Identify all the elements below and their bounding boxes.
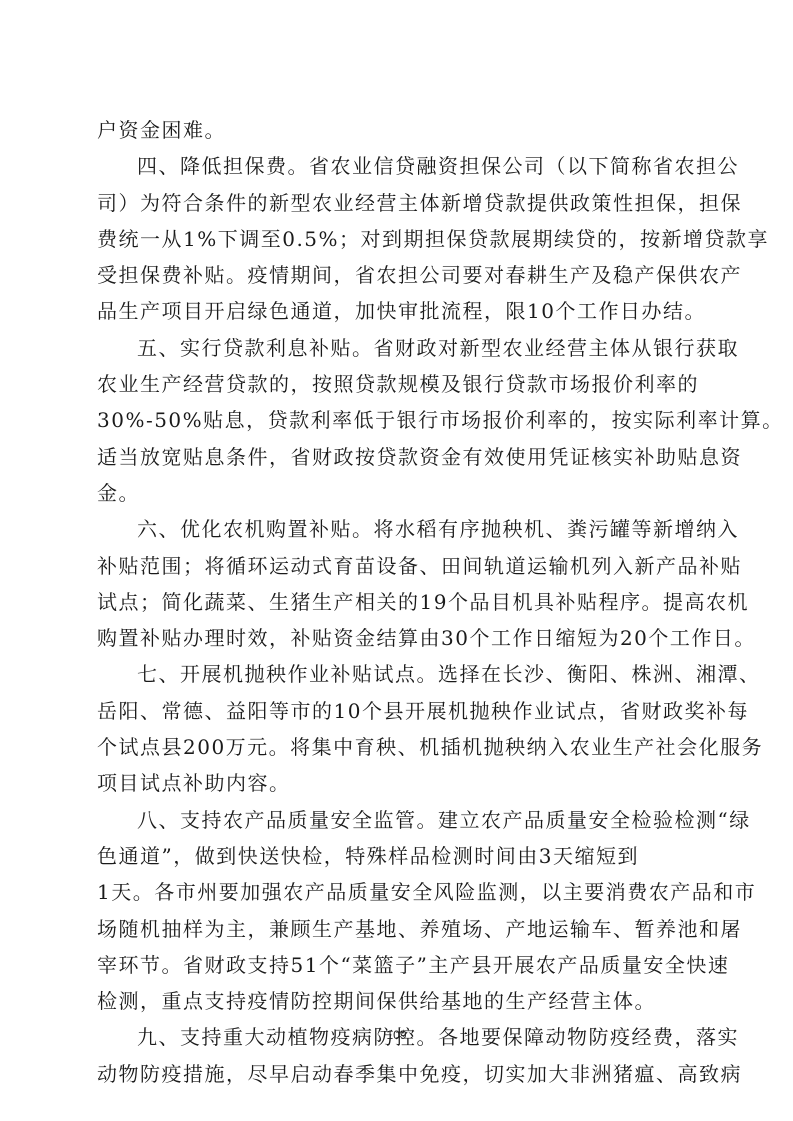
paragraph-section-6: 六、优化农机购置补贴。将水稻有序抛秧机、粪污罐等新增纳入 补贴范围；将循环运动式… [97, 511, 698, 656]
paragraph-continuation: 户资金困难。 [97, 112, 698, 148]
text-line: 受担保费补贴。疫情期间，省农担公司要对春耕生产及稳产保供农产 [97, 257, 698, 293]
text-line: 检测，重点支持疫情防控期间保供给基地的生产经营主体。 [97, 983, 698, 1019]
page-number: 109 [0, 1028, 793, 1042]
text-line: 五、实行贷款利息补贴。省财政对新型农业经营主体从银行获取 [97, 330, 698, 366]
text-line: 品生产项目开启绿色通道，加快审批流程，限10个工作日办结。 [97, 293, 698, 329]
text-line: 六、优化农机购置补贴。将水稻有序抛秧机、粪污罐等新增纳入 [97, 511, 698, 547]
text-line: 购置补贴办理时效，补贴资金结算由30个工作日缩短为20个工作日。 [97, 620, 698, 656]
text-line: 补贴范围；将循环运动式育苗设备、田间轨道运输机列入新产品补贴 [97, 548, 698, 584]
text-line: 四、降低担保费。省农业信贷融资担保公司（以下简称省农担公 [97, 148, 698, 184]
text-line: 动物防疫措施，尽早启动春季集中免疫，切实加大非洲猪瘟、高致病 [97, 1056, 698, 1092]
text-line: 岳阳、常德、益阳等市的10个县开展机抛秧作业试点，省财政奖补每 [97, 693, 698, 729]
paragraph-section-7: 七、开展机抛秧作业补贴试点。选择在长沙、衡阳、株洲、湘潭、 岳阳、常德、益阳等市… [97, 656, 698, 801]
text-line: 30%-50%贴息，贷款利率低于银行市场报价利率的，按实际利率计算。 [97, 402, 698, 438]
text-line: 户资金困难。 [97, 112, 698, 148]
text-line: 项目试点补助内容。 [97, 765, 698, 801]
text-line: 试点；简化蔬菜、生猪生产相关的19个品目机具补贴程序。提高农机 [97, 584, 698, 620]
text-line: 司）为符合条件的新型农业经营主体新增贷款提供政策性担保，担保 [97, 185, 698, 221]
paragraph-section-5: 五、实行贷款利息补贴。省财政对新型农业经营主体从银行获取 农业生产经营贷款的，按… [97, 330, 698, 511]
paragraph-section-4: 四、降低担保费。省农业信贷融资担保公司（以下简称省农担公 司）为符合条件的新型农… [97, 148, 698, 329]
paragraph-section-8: 八、支持农产品质量安全监管。建立农产品质量安全检验检测“绿 色通道”，做到快送快… [97, 802, 698, 1020]
text-line: 金。 [97, 475, 698, 511]
text-line: 色通道”，做到快送快检，特殊样品检测时间由3天缩短到 [97, 838, 698, 874]
text-line: 费统一从1%下调至0.5%；对到期担保贷款展期续贷的，按新增贷款享 [97, 221, 698, 257]
text-line: 适当放宽贴息条件，省财政按贷款资金有效使用凭证核实补助贴息资 [97, 439, 698, 475]
text-line: 七、开展机抛秧作业补贴试点。选择在长沙、衡阳、株洲、湘潭、 [97, 656, 698, 692]
text-line: 八、支持农产品质量安全监管。建立农产品质量安全检验检测“绿 [97, 802, 698, 838]
document-body: 户资金困难。 四、降低担保费。省农业信贷融资担保公司（以下简称省农担公 司）为符… [97, 112, 698, 1092]
text-line: 1天。各市州要加强农产品质量安全风险监测，以主要消费农产品和市 [97, 874, 698, 910]
text-line: 场随机抽样为主，兼顾生产基地、养殖场、产地运输车、暂养池和屠 [97, 911, 698, 947]
text-line: 个试点县200万元。将集中育秧、机插机抛秧纳入农业生产社会化服务 [97, 729, 698, 765]
document-page: 户资金困难。 四、降低担保费。省农业信贷融资担保公司（以下简称省农担公 司）为符… [0, 0, 793, 1121]
text-line: 宰环节。省财政支持51个“菜篮子”主产县开展农产品质量安全快速 [97, 947, 698, 983]
text-line: 农业生产经营贷款的，按照贷款规模及银行贷款市场报价利率的 [97, 366, 698, 402]
